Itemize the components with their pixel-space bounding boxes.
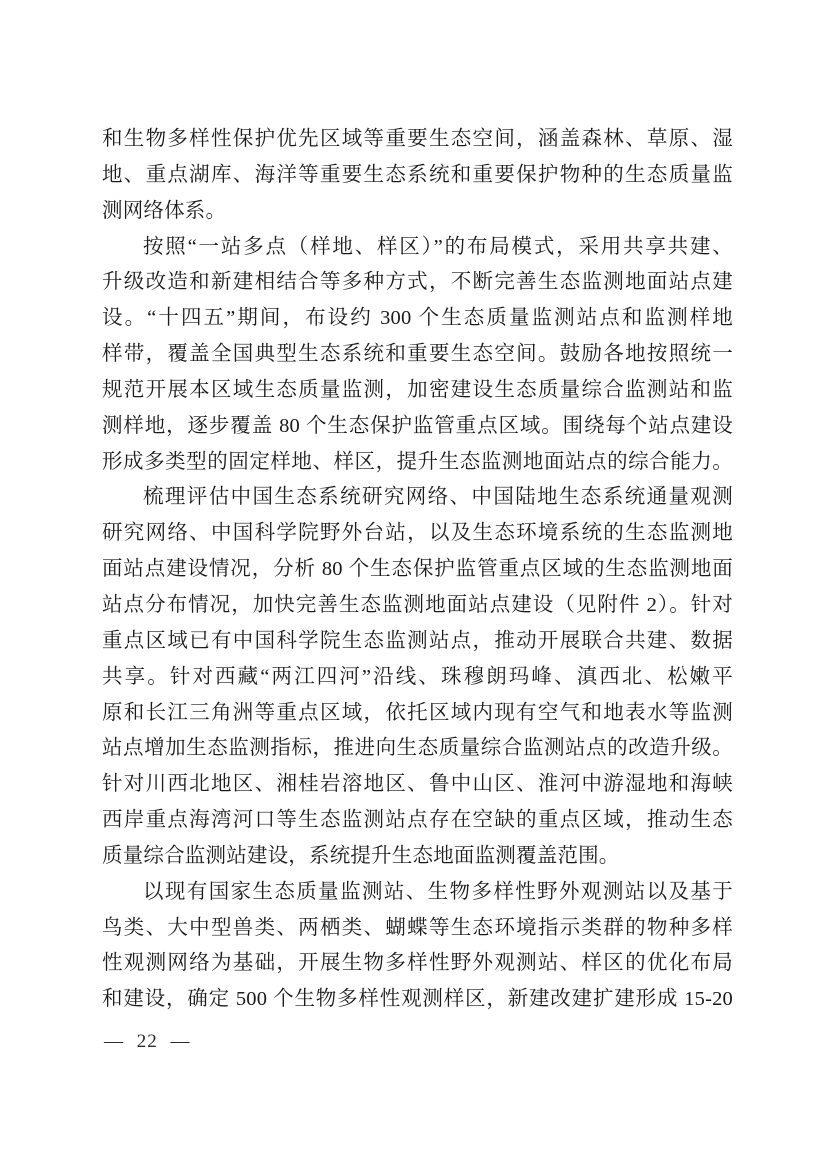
- text-line: 性观测网络为基础，开展生物多样性野外观测站、样区的优化布局: [102, 946, 733, 982]
- text-line: 站点分布情况，加快完善生态监测地面站点建设（见附件 2）。针对: [102, 588, 733, 624]
- text-line: 地、重点湖库、海洋等重要生态系统和重要保护物种的生态质量监: [102, 158, 733, 194]
- text-line: 针对川西北地区、湘桂岩溶地区、鲁中山区、淮河中游湿地和海峡: [102, 767, 733, 803]
- text-line: 以现有国家生态质量监测站、生物多样性野外观测站以及基于: [102, 875, 733, 911]
- text-line: 形成多类型的固定样地、样区，提升生态监测地面站点的综合能力。: [102, 445, 733, 481]
- document-text-body: 和生物多样性保护优先区域等重要生态空间，涵盖森林、草原、湿 地、重点湖库、海洋等…: [102, 122, 733, 1018]
- paragraph-2: 按照“一站多点（样地、样区）”的布局模式，采用共享共建、 升级改造和新建相结合等…: [102, 230, 733, 481]
- text-line: 西岸重点海湾河口等生态监测站点存在空缺的重点区域，推动生态: [102, 803, 733, 839]
- text-line: 测样地，逐步覆盖 80 个生态保护监管重点区域。围绕每个站点建设: [102, 409, 733, 445]
- text-line: 按照“一站多点（样地、样区）”的布局模式，采用共享共建、: [102, 230, 733, 266]
- text-line: 测网络体系。: [102, 194, 733, 230]
- text-line: 和生物多样性保护优先区域等重要生态空间，涵盖森林、草原、湿: [102, 122, 733, 158]
- text-line: 质量综合监测站建设，系统提升生态地面监测覆盖范围。: [102, 839, 733, 875]
- paragraph-1: 和生物多样性保护优先区域等重要生态空间，涵盖森林、草原、湿 地、重点湖库、海洋等…: [102, 122, 733, 230]
- text-line: 梳理评估中国生态系统研究网络、中国陆地生态系统通量观测: [102, 480, 733, 516]
- text-line: 规范开展本区域生态质量监测，加密建设生态质量综合监测站和监: [102, 373, 733, 409]
- text-line: 原和长江三角洲等重点区域，依托区域内现有空气和地表水等监测: [102, 696, 733, 732]
- page-number: — 22 —: [104, 1030, 191, 1054]
- paragraph-3: 梳理评估中国生态系统研究网络、中国陆地生态系统通量观测 研究网络、中国科学院野外…: [102, 480, 733, 874]
- text-line: 设。“十四五”期间，布设约 300 个生态质量监测站点和监测样地: [102, 301, 733, 337]
- text-line: 研究网络、中国科学院野外台站，以及生态环境系统的生态监测地: [102, 516, 733, 552]
- text-line: 样带，覆盖全国典型生态系统和重要生态空间。鼓励各地按照统一: [102, 337, 733, 373]
- text-line: 和建设，确定 500 个生物多样性观测样区，新建改建扩建形成 15-20: [102, 982, 733, 1018]
- text-line: 共享。针对西藏“两江四河”沿线、珠穆朗玛峰、滇西北、松嫩平: [102, 660, 733, 696]
- text-line: 鸟类、大中型兽类、两栖类、蝴蝶等生态环境指示类群的物种多样: [102, 911, 733, 947]
- text-line: 站点增加生态监测指标，推进向生态质量综合监测站点的改造升级。: [102, 731, 733, 767]
- text-line: 升级改造和新建相结合等多种方式，不断完善生态监测地面站点建: [102, 265, 733, 301]
- text-line: 重点区域已有中国科学院生态监测站点，推动开展联合共建、数据: [102, 624, 733, 660]
- text-line: 面站点建设情况，分析 80 个生态保护监管重点区域的生态监测地面: [102, 552, 733, 588]
- paragraph-4: 以现有国家生态质量监测站、生物多样性野外观测站以及基于 鸟类、大中型兽类、两栖类…: [102, 875, 733, 1018]
